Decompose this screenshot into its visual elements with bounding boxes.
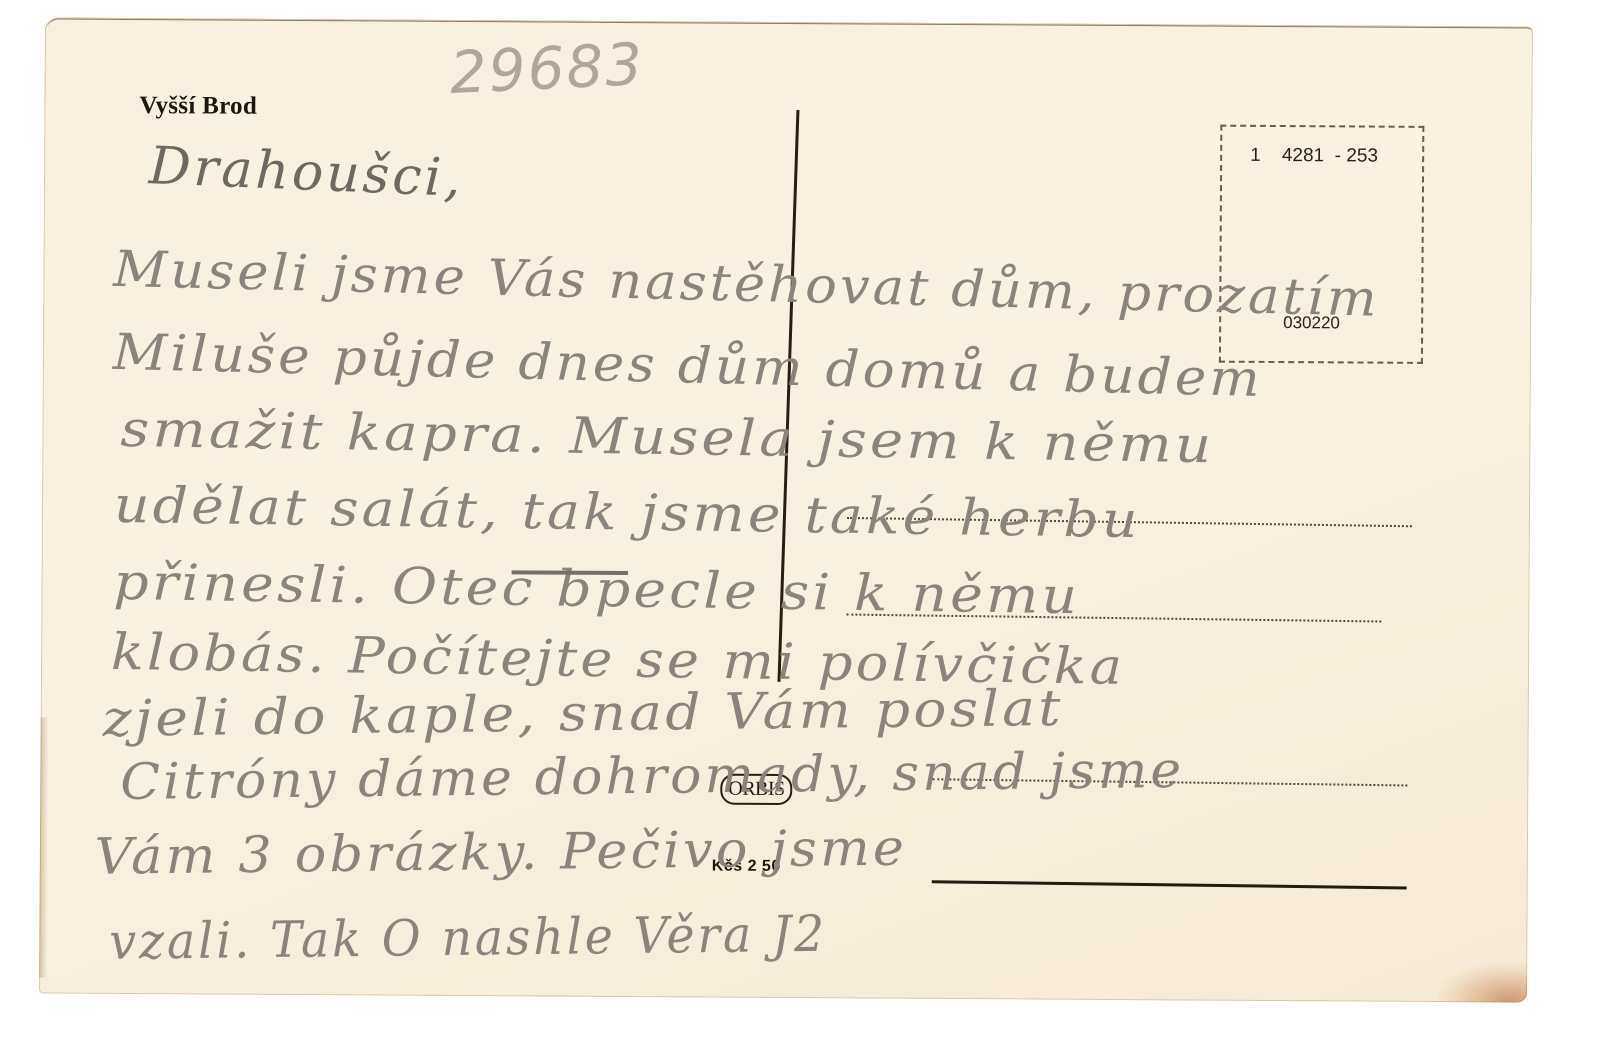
handwritten-line: zjeli do kaple, snad Vám poslat: [102, 679, 1064, 748]
place-title: Vyšší Brod: [139, 92, 257, 121]
struck-word: Otec: [511, 545, 628, 597]
stamp-box: 1 4281 - 253 030220: [1219, 125, 1424, 364]
stamp-code: 1 4281 - 253: [1250, 145, 1378, 168]
handwritten-line: Citróny dáme dohromady, snad jsme: [120, 741, 1185, 811]
address-line-4: [932, 880, 1407, 889]
postcard-back: Vyšší Brod 29683 1 4281 - 253 030220 ORB…: [39, 17, 1533, 1002]
rust-stain: [1437, 962, 1527, 1003]
handwritten-line: Miluše půjde dnes dům domů a budem: [112, 323, 1263, 408]
handwritten-line: Museli jsme Vás nastěhovat dům, prozatím: [113, 240, 1381, 328]
handwritten-line: smažit kapra. Musela jsem k němu: [120, 400, 1215, 474]
handwritten-line: vzali. Tak O nashle Věra J2: [109, 905, 827, 971]
handwritten-line: Vám 3 obrázky. Pečivo jsme: [95, 819, 908, 886]
archive-number: 29683: [448, 30, 645, 107]
handwritten-line: udělat salát, tak jsme také herbu: [114, 476, 1142, 549]
handwritten-greeting: Drahoušci,: [148, 136, 465, 209]
edge-wear: [39, 717, 49, 977]
